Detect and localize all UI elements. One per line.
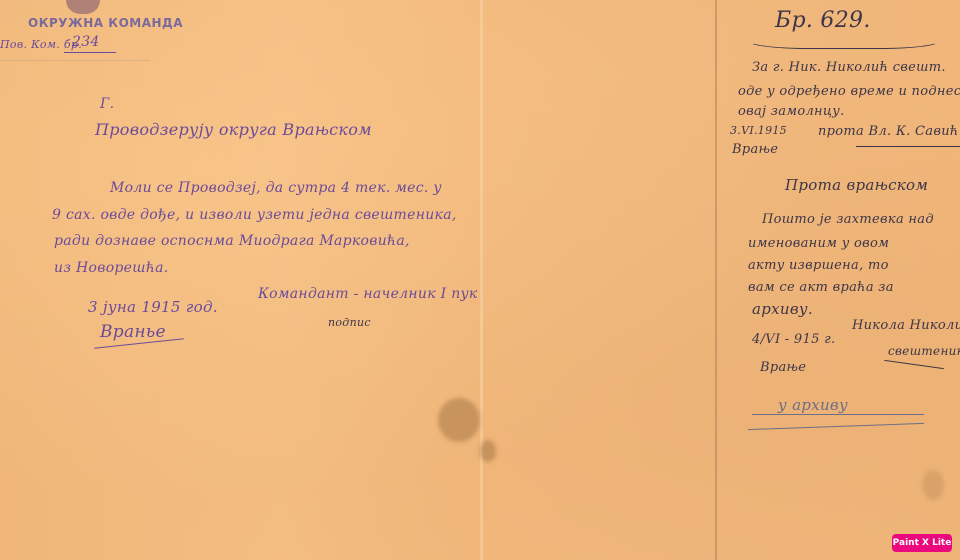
note-place: Врање bbox=[732, 142, 778, 157]
body-line: 9 сах. овде дође, и изволи узети једна с… bbox=[52, 207, 457, 223]
page-fold-right bbox=[715, 0, 717, 560]
report-line: Пошто је захтевка над bbox=[762, 212, 934, 227]
report-date: 4/VI - 915 г. bbox=[752, 332, 835, 347]
page-fold-center bbox=[480, 0, 483, 560]
reference-number: Бр. 629. bbox=[775, 8, 871, 33]
body-line: из Новорешћа. bbox=[54, 260, 169, 276]
report-line: именованим у овом bbox=[748, 236, 889, 251]
faint-bleed-through-line bbox=[0, 60, 150, 61]
report-line: вам се акт враћа за bbox=[748, 280, 894, 295]
commander-title: Командант - начелник I пук bbox=[258, 286, 478, 302]
body-line: Моли се Проводзеј, да сутра 4 тек. мес. … bbox=[110, 180, 442, 196]
document-date: 3 јуна 1915 год. bbox=[88, 298, 218, 316]
stain bbox=[922, 470, 944, 500]
report-signer-title: свештеник bbox=[888, 344, 960, 358]
report-place: Врање bbox=[760, 360, 806, 375]
salutation: Г. bbox=[100, 96, 114, 112]
note-date: 3.VI.1915 bbox=[730, 124, 787, 137]
note-line: оде у одређено време и поднеси bbox=[738, 84, 960, 99]
note-line: За г. Ник. Николић свешт. bbox=[752, 60, 946, 75]
stamp-title: ОКРУЖНА КОМАНДА bbox=[28, 16, 183, 30]
report-line: акту извршена, то bbox=[748, 258, 889, 273]
report-signer-name: Никола Николић bbox=[852, 318, 960, 333]
report-line: архиву. bbox=[752, 300, 813, 318]
stamp-number: 234 bbox=[72, 34, 100, 50]
signature-right: подпис bbox=[328, 316, 371, 329]
note-line: овај замолнцу. bbox=[738, 104, 845, 119]
stain bbox=[438, 398, 480, 442]
paint-x-lite-watermark: Paint X Lite bbox=[892, 534, 952, 552]
archive-note: у архиву bbox=[778, 396, 848, 414]
addressee: Проводзерују округа Врањском bbox=[95, 120, 372, 139]
report-heading: Прота врањском bbox=[785, 176, 928, 194]
note-signature-line bbox=[856, 146, 960, 147]
stamp-number-label: Пов. Ком. бр. bbox=[0, 38, 82, 51]
body-line: ради дознаве оспоснма Миодрага Марковића… bbox=[54, 233, 410, 249]
signature-left: Вранье bbox=[100, 322, 166, 342]
archive-underline bbox=[752, 414, 924, 415]
stamp-number-underline bbox=[64, 52, 116, 53]
stain bbox=[480, 440, 496, 462]
note-signer: прота Вл. К. Савић bbox=[818, 124, 959, 139]
reference-underline bbox=[748, 40, 940, 49]
